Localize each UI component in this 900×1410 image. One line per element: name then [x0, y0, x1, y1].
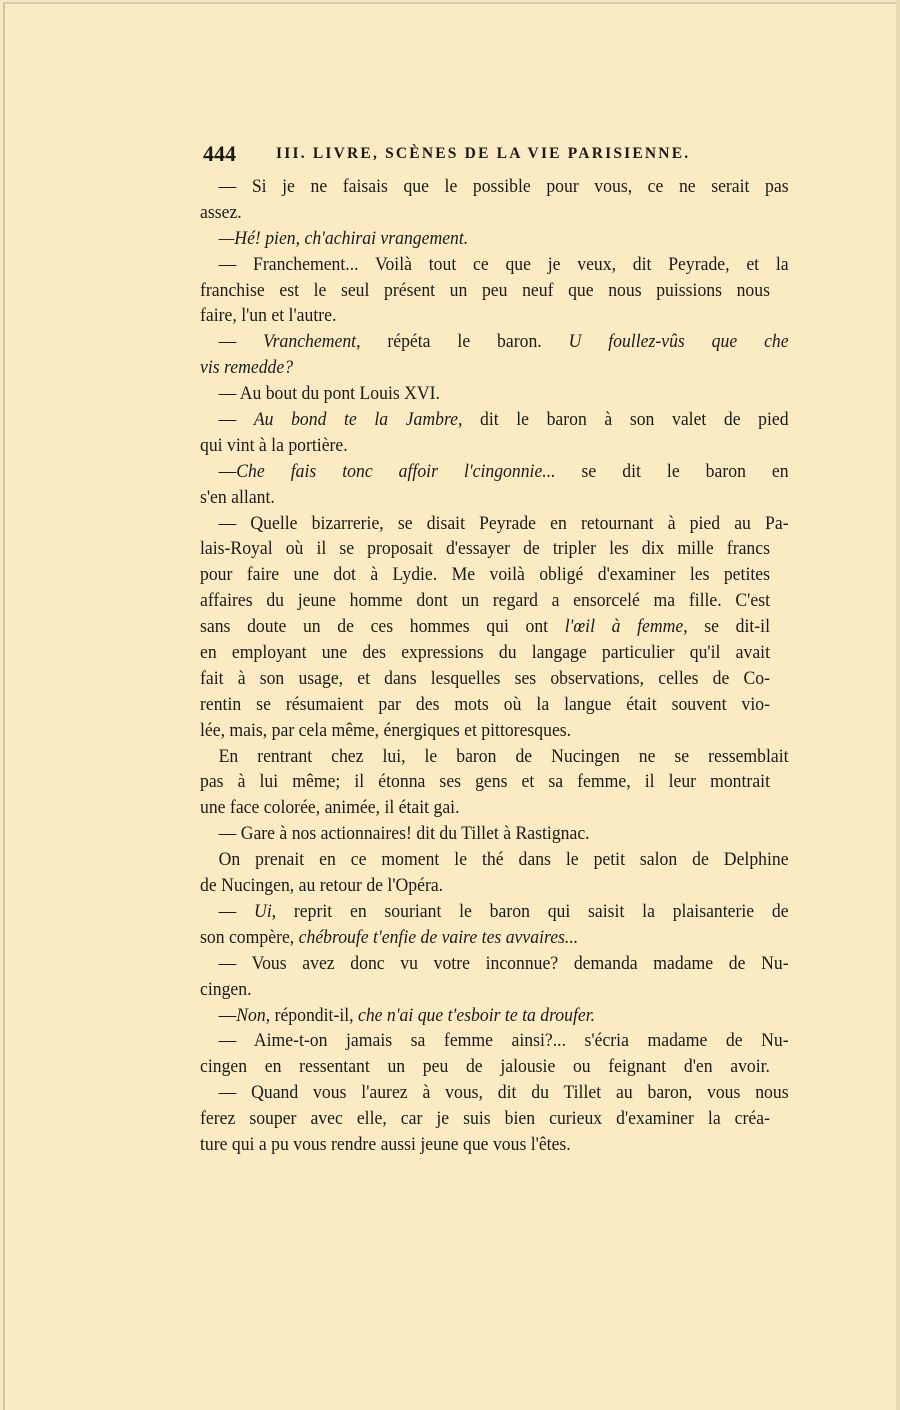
italic-segment: U foullez-vûs que che — [569, 331, 789, 352]
text-segment: son compère, — [200, 927, 299, 948]
page-header: 444 III. LIVRE, SCÈNES DE LA VIE PARISIE… — [203, 141, 773, 169]
text-line: cingen. — [200, 977, 770, 1003]
text-line: lais-Royal où il se proposait d'essayer … — [200, 536, 770, 562]
text-line: — Quelle bizarrerie, se disait Peyrade e… — [200, 511, 789, 537]
text-line: — Au bout du pont Louis XVI. — [200, 381, 789, 407]
italic-segment: Au bond te la Jambre, — [254, 409, 463, 430]
text-line: —Non, répondit-il, che n'ai que t'esboir… — [200, 1003, 789, 1029]
italic-segment: Ui — [254, 901, 272, 922]
text-line: En rentrant chez lui, le baron de Nucing… — [200, 744, 789, 770]
text-line: — Quand vous l'aurez à vous, dit du Till… — [200, 1080, 789, 1106]
text-segment: — — [219, 409, 254, 430]
text-line: s'en allant. — [200, 485, 770, 511]
italic-segment: vis remedde? — [200, 357, 293, 378]
text-segment: , répéta le baron. — [356, 331, 569, 352]
running-title: III. LIVRE, SCÈNES DE LA VIE PARISIENNE. — [276, 145, 690, 163]
text-line: en employant une des expressions du lang… — [200, 640, 770, 666]
text-line: — Si je ne faisais que le possible pour … — [200, 174, 789, 200]
text-segment: dit le baron à son valet de pied — [462, 409, 788, 430]
text-line: vis remedde? — [200, 355, 770, 381]
text-line: — Au bond te la Jambre, dit le baron à s… — [200, 407, 789, 433]
text-line: pas à lui même; il étonna ses gens et sa… — [200, 769, 770, 795]
page-edge — [896, 0, 900, 1410]
text-line: cingen en ressentant un peu de jalousie … — [200, 1054, 770, 1080]
text-line: ferez souper avec elle, car je suis bien… — [200, 1106, 770, 1132]
text-line: affaires du jeune homme dont un regard a… — [200, 588, 770, 614]
text-line: — Vranchement, répéta le baron. U foulle… — [200, 329, 789, 355]
text-line: — Gare à nos actionnaires! dit du Tillet… — [200, 821, 789, 847]
text-line: franchise est le seul présent un peu neu… — [200, 278, 770, 304]
text-line: ture qui a pu vous rendre aussi jeune qu… — [200, 1132, 770, 1158]
text-line: assez. — [200, 200, 770, 226]
text-segment: se dit le baron en — [556, 461, 789, 482]
italic-segment: l'œil à femme — [565, 616, 684, 637]
text-line: — Franchement... Voilà tout ce que je ve… — [200, 252, 789, 278]
text-line: — Aime-t-on jamais sa femme ainsi?... s'… — [200, 1028, 789, 1054]
text-line: —Hé! pien, ch'achirai vrangement. — [200, 226, 789, 252]
text-segment: , reprit en souriant le baron qui saisit… — [272, 901, 789, 922]
text-line: pour faire une dot à Lydie. Me voilà obl… — [200, 562, 770, 588]
text-segment: — — [219, 1005, 237, 1026]
text-line: qui vint à la portière. — [200, 433, 770, 459]
text-line: fait à son usage, et dans lesquelles ses… — [200, 666, 770, 692]
page-number: 444 — [203, 141, 236, 167]
text-line: sans doute un de ces hommes qui ont l'œi… — [200, 614, 770, 640]
text-line: —Che fais tonc affoir l'cingonnie... se … — [200, 459, 789, 485]
text-line: — Vous avez donc vu votre inconnue? dema… — [200, 951, 789, 977]
italic-segment: Che fais tonc affoir l'cingonnie... — [236, 461, 555, 482]
text-line: rentin se résumaient par des mots où la … — [200, 692, 770, 718]
text-line: une face colorée, animée, il était gai. — [200, 795, 770, 821]
text-line: On prenait en ce moment le thé dans le p… — [200, 847, 789, 873]
italic-segment: chébroufe t'enfie de vaire tes avvaires.… — [299, 927, 579, 948]
text-segment: , se dit-il — [683, 616, 770, 637]
text-segment: — — [219, 461, 237, 482]
text-segment: — — [219, 901, 254, 922]
italic-segment: che n'ai que t'esboir te ta droufer. — [358, 1005, 595, 1026]
text-segment: sans doute un de ces hommes qui ont — [200, 616, 565, 637]
text-segment: — — [219, 331, 264, 352]
body-text: — Si je ne faisais que le possible pour … — [200, 174, 770, 1158]
text-line: son compère, chébroufe t'enfie de vaire … — [200, 925, 770, 951]
text-line: — Ui, reprit en souriant le baron qui sa… — [200, 899, 789, 925]
text-segment: , répondit-il, — [266, 1005, 358, 1026]
text-line: de Nucingen, au retour de l'Opéra. — [200, 873, 770, 899]
italic-segment: Vranchement — [263, 331, 356, 352]
text-line: faire, l'un et l'autre. — [200, 303, 770, 329]
text-line: lée, mais, par cela même, énergiques et … — [200, 718, 770, 744]
italic-segment: Non — [236, 1005, 265, 1026]
